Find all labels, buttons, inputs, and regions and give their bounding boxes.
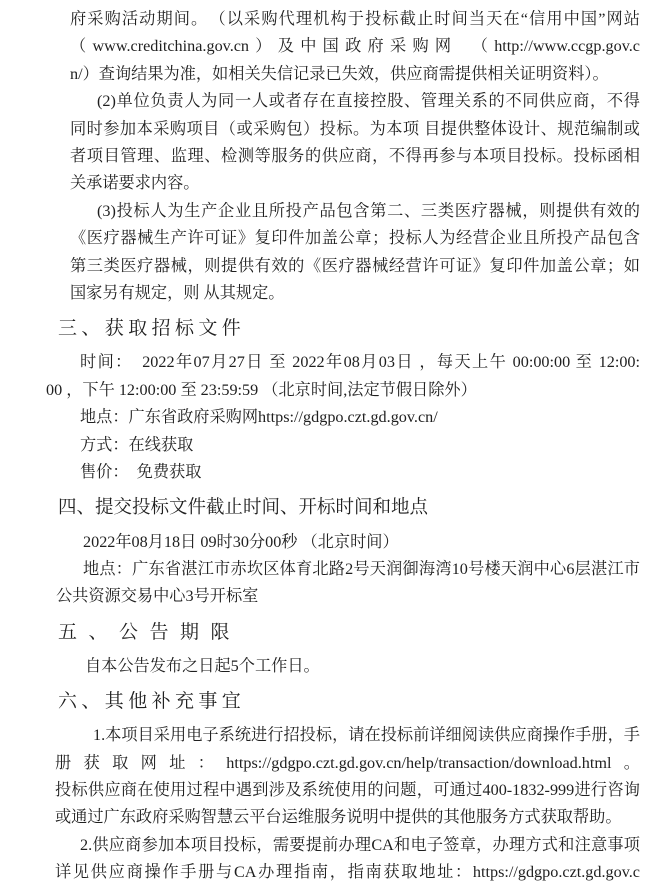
doc-line: 00 ，下午 12:00:00 至 23:59:59 （北京时间,法定节假日除外…: [46, 377, 640, 404]
doc-line: 方式：在线获取: [46, 432, 640, 459]
doc-line: 第三类医疗器械，则提供有效的《医疗器械经营许可证》复印件加盖公章；如: [70, 253, 640, 280]
doc-line: 公共资源交易中心3号开标室: [56, 583, 640, 610]
doc-line: 售价： 免费获取: [46, 459, 640, 486]
section-5-heading: 五、公告期限: [58, 619, 644, 646]
section-4: 四、提交投标文件截止时间、开标时间和地点 2022年08月18日 09时30分0…: [0, 495, 658, 611]
intro-paragraph-block: 府采购活动期间。 （以采购代理机构于投标截止时间当天在“信用中国”网站 （www…: [70, 6, 640, 307]
doc-line: 地点：广东省政府采购网https://gdgpo.czt.gd.gov.cn/: [46, 404, 640, 431]
doc-line: 者项目管理、监理、检测等服务的供应商，不得再参与本项目投标。投标函相: [70, 143, 640, 170]
doc-line: 投标供应商在使用过程中遇到涉及系统使用的问题，可通过400-1832-999进行…: [55, 777, 640, 804]
doc-line: 或通过广东政府采购智慧云平台运维服务说明中提供的其他服务方式获取帮助。: [55, 804, 640, 831]
doc-line: 册获取网址：https://gdgpo.czt.gd.gov.cn/help/t…: [55, 750, 640, 777]
doc-line: 详见供应商操作手册与CA办理指南，指南获取地址：https://gdgpo.cz…: [55, 859, 640, 886]
doc-line: （www.creditchina.gov.cn）及中国政府采购网 （http:/…: [70, 33, 640, 60]
section-5: 五、公告期限 自本公告发布之日起5个工作日。: [0, 619, 658, 680]
doc-line: 时间： 2022年07月27日 至 2022年08月03日 ，每天上午 00:0…: [46, 349, 640, 376]
doc-line: 地点：广东省湛江市赤坎区体育北路2号天润御海湾10号楼天润中心6层湛江市: [56, 556, 640, 583]
doc-line: 2.供应商参加本项目投标，需要提前办理CA和电子签章，办理方式和注意事项: [55, 832, 640, 859]
doc-line: 国家另有规定，则 从其规定。: [70, 280, 640, 307]
doc-line: 《医疗器械生产许可证》复印件加盖公章；投标人为经营企业且所投产品包含: [70, 225, 640, 252]
document-page: 府采购活动期间。 （以采购代理机构于投标截止时间当天在“信用中国”网站 （www…: [0, 0, 658, 886]
doc-line: 自本公告发布之日起5个工作日。: [56, 653, 640, 680]
doc-line: (3)投标人为生产企业且所投产品包含第二、三类医疗器械，则提供有效的: [70, 198, 640, 225]
section-6-heading: 六、其他补充事宜: [58, 688, 644, 715]
doc-line: 2022年08月18日 09时30分00秒 （北京时间）: [56, 529, 640, 556]
doc-line: 1.本项目采用电子系统进行招投标，请在投标前详细阅读供应商操作手册，手: [55, 722, 640, 749]
doc-line: (2)单位负责人为同一人或者存在直接控股、管理关系的不同供应商，不得: [70, 88, 640, 115]
section-6: 六、其他补充事宜 1.本项目采用电子系统进行招投标，请在投标前详细阅读供应商操作…: [0, 688, 658, 886]
doc-line: 关承诺要求内容。: [70, 170, 640, 197]
doc-line: 同时参加本采购项目（或采购包）投标。为本项 目提供整体设计、规范编制或: [70, 116, 640, 143]
section-5-body: 自本公告发布之日起5个工作日。: [56, 653, 640, 680]
section-3-body: 时间： 2022年07月27日 至 2022年08月03日 ，每天上午 00:0…: [46, 349, 640, 486]
doc-line: 府采购活动期间。 （以采购代理机构于投标截止时间当天在“信用中国”网站: [70, 6, 640, 33]
section-3: 三、获取招标文件 时间： 2022年07月27日 至 2022年08月03日 ，…: [0, 315, 658, 486]
section-4-heading: 四、提交投标文件截止时间、开标时间和地点: [58, 495, 644, 522]
section-3-heading: 三、获取招标文件: [58, 315, 644, 342]
doc-line: n/）查询结果为准，如相关失信记录已失效，供应商需提供相关证明资料）。: [70, 61, 640, 88]
section-6-body: 1.本项目采用电子系统进行招投标，请在投标前详细阅读供应商操作手册，手 册获取网…: [55, 722, 640, 886]
section-4-body: 2022年08月18日 09时30分00秒 （北京时间） 地点：广东省湛江市赤坎…: [56, 529, 640, 611]
